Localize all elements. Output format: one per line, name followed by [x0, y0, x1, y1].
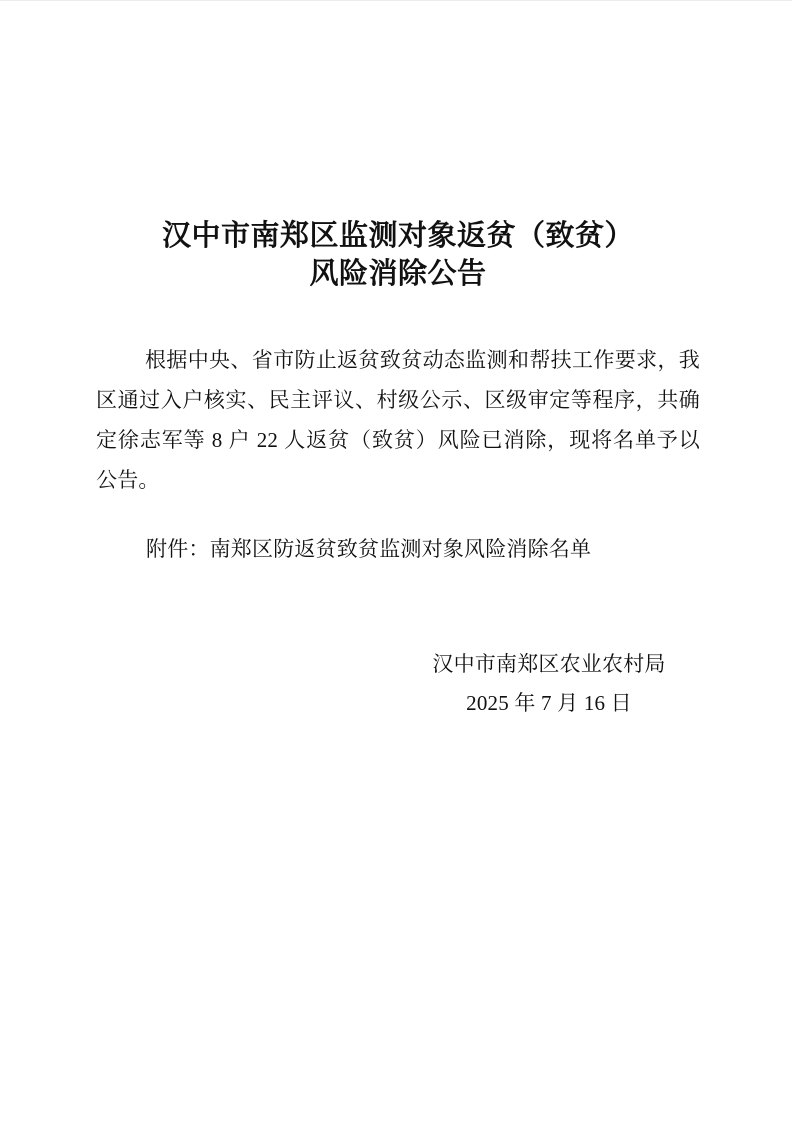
title-line-1: 汉中市南郑区监测对象返贫（致贫）: [96, 217, 700, 255]
announcement-page: 汉中市南郑区监测对象返贫（致贫） 风险消除公告 根据中央、省市防止返贫致贫动态监…: [0, 0, 792, 1121]
issuer-signature: 汉中市南郑区农业农村局: [399, 645, 699, 684]
title-line-2: 风险消除公告: [96, 255, 700, 293]
document-title: 汉中市南郑区监测对象返贫（致贫） 风险消除公告: [96, 217, 700, 293]
signature-block: 汉中市南郑区农业农村局 2025 年 7 月 16 日: [399, 645, 699, 723]
announcement-body-paragraph: 根据中央、省市防止返贫致贫动态监测和帮扶工作要求，我区通过入户核实、民主评议、村…: [96, 340, 700, 500]
issue-date: 2025 年 7 月 16 日: [399, 684, 699, 723]
attachment-line: 附件：南郑区防返贫致贫监测对象风险消除名单: [96, 529, 700, 569]
